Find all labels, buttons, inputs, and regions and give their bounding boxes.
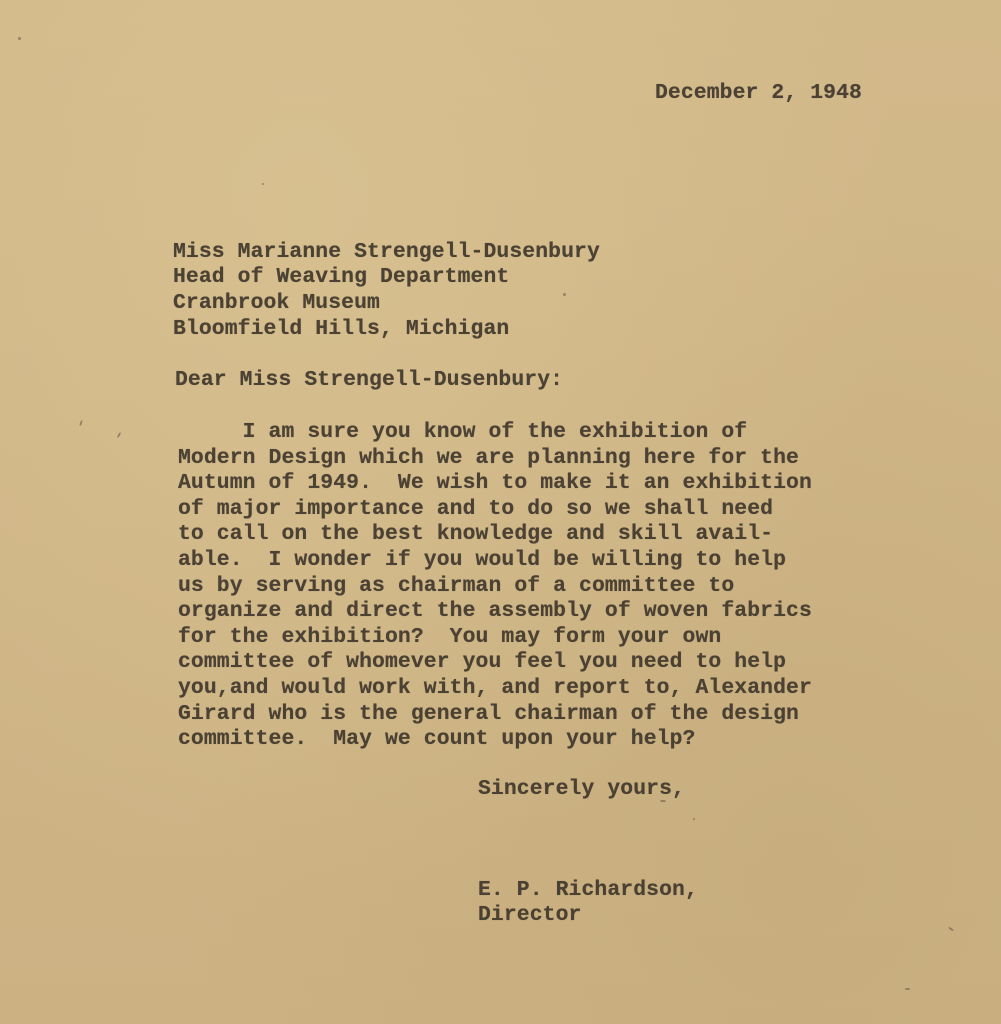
signer-name: E. P. Richardson,: [478, 878, 698, 904]
paper-speck: [117, 432, 122, 438]
body-line: able. I wonder if you would be willing t…: [178, 548, 786, 574]
body-line: us by serving as chairman of a committee…: [178, 574, 734, 600]
body-line: I am sure you know of the exhibition of: [178, 420, 747, 446]
letter-date: December 2, 1948: [655, 81, 862, 107]
recipient-name: Miss Marianne Strengell-Dusenbury: [173, 240, 600, 266]
signer-title: Director: [478, 903, 582, 929]
paper-speck: [262, 183, 264, 185]
salutation: Dear Miss Strengell-Dusenbury:: [175, 368, 563, 394]
letter-page: December 2, 1948 Miss Marianne Strengell…: [0, 0, 1001, 1024]
paper-speck: [660, 800, 666, 802]
paper-speck: [693, 818, 695, 820]
body-line: Girard who is the general chairman of th…: [178, 702, 799, 728]
paper-speck: [905, 988, 910, 990]
recipient-title: Head of Weaving Department: [173, 265, 509, 291]
body-line: Modern Design which we are planning here…: [178, 446, 799, 472]
paper-speck: [79, 420, 83, 426]
body-line: committee of whomever you feel you need …: [178, 650, 786, 676]
recipient-institution: Cranbrook Museum: [173, 291, 380, 317]
body-line: committee. May we count upon your help?: [178, 727, 695, 753]
body-line: you,and would work with, and report to, …: [178, 676, 812, 702]
closing: Sincerely yours,: [478, 777, 685, 803]
paper-speck: [18, 37, 21, 40]
paper-speck: [563, 293, 566, 296]
recipient-location: Bloomfield Hills, Michigan: [173, 317, 509, 343]
body-line: to call on the best knowledge and skill …: [178, 522, 773, 548]
paper-speck: [948, 926, 954, 931]
body-line: organize and direct the assembly of wove…: [178, 599, 812, 625]
body-line: for the exhibition? You may form your ow…: [178, 625, 721, 651]
body-line: of major importance and to do so we shal…: [178, 497, 773, 523]
body-line: Autumn of 1949. We wish to make it an ex…: [178, 471, 812, 497]
